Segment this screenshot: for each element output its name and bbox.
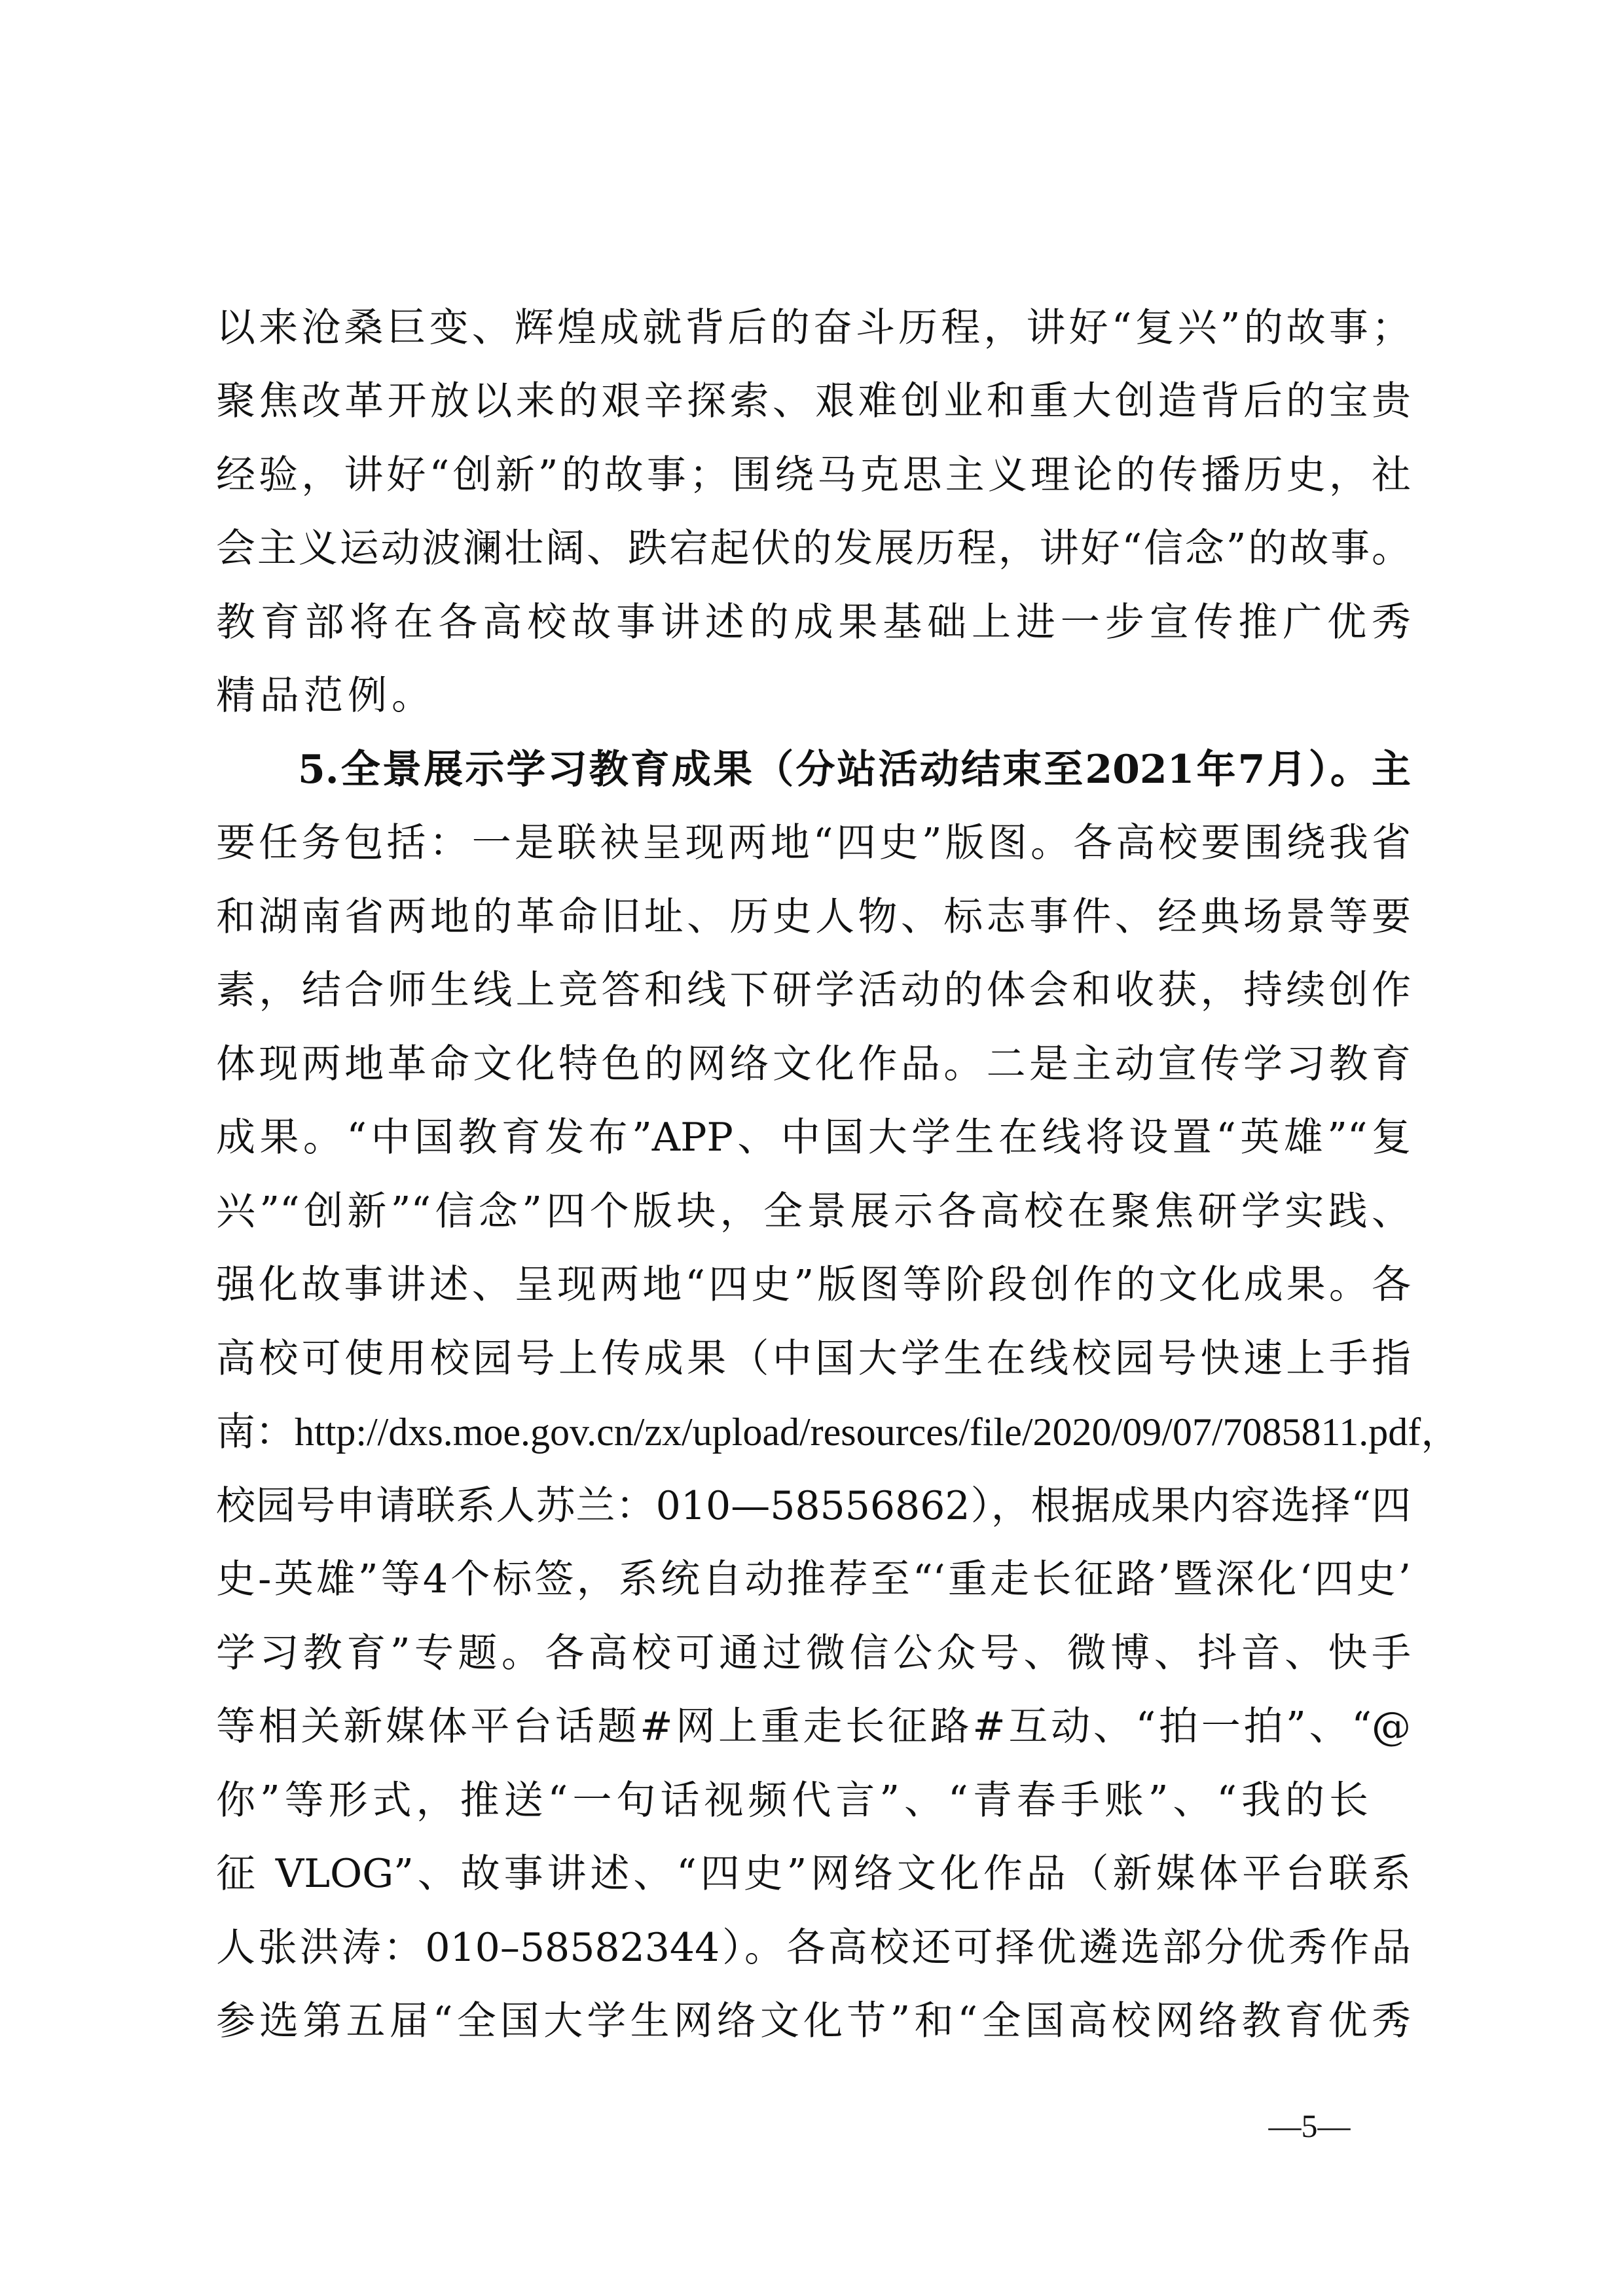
body-line-14: 强化故事讲述、呈现两地“四史”版图等阶段创作的文化成果。各 xyxy=(216,1262,1411,1308)
body-line-24: 参选第五届“全国大学生网络文化节”和“全国高校网络教育优秀 xyxy=(216,1998,1411,2044)
document-page: 以来沧桑巨变、辉煌成就背后的奋斗历程，讲好“复兴”的故事； 聚焦改革开放以来的艰… xyxy=(0,0,1623,2296)
body-line-21: 你”等形式，推送“一句话视频代言”、“青春手账”、“我的长 xyxy=(216,1778,1411,1823)
body-line-9: 和湖南省两地的革命旧址、历史人物、标志事件、经典场景等要 xyxy=(216,894,1411,940)
body-line-17: 校园号申请联系人苏兰：010—58556862），根据成果内容选择“四 xyxy=(216,1483,1411,1529)
body-line-20: 等相关新媒体平台话题#网上重走长征路#互动、“拍一拍”、“@ xyxy=(216,1704,1411,1749)
body-line-4: 会主义运动波澜壮阔、跌宕起伏的发展历程，讲好“信念”的故事。 xyxy=(216,526,1411,571)
body-line-23: 人张洪涛：010–58582344）。各高校还可择优遴选部分优秀作品 xyxy=(216,1925,1411,1971)
body-line-12: 成果。“中国教育发布”APP、中国大学生在线将设置“英雄”“复 xyxy=(216,1115,1411,1160)
section-heading: 5.全景展示学习教育成果（分站活动结束至2021年7月）。主 xyxy=(298,747,1411,793)
body-line-19: 学习教育”专题。各高校可通过微信公众号、微博、抖音、快手 xyxy=(216,1630,1411,1676)
body-line-15: 高校可使用校园号上传成果（中国大学生在线校园号快速上手指 xyxy=(216,1336,1411,1382)
body-line-13: 兴”“创新”“信念”四个版块，全景展示各高校在聚焦研学实践、 xyxy=(216,1189,1411,1234)
guide-url-line: 南：http://dxs.moe.gov.cn/zx/upload/resour… xyxy=(216,1409,1411,1455)
body-line-11: 体现两地革命文化特色的网络文化作品。二是主动宣传学习教育 xyxy=(216,1041,1411,1087)
body-line-22: 征 VLOG”、故事讲述、“四史”网络文化作品（新媒体平台联系 xyxy=(216,1851,1411,1897)
body-line-5: 教育部将在各高校故事讲述的成果基础上进一步宣传推广优秀 xyxy=(216,600,1411,645)
page-number: —5— xyxy=(1260,2106,1359,2145)
body-line-10: 素，结合师生线上竞答和线下研学活动的体会和收获，持续创作 xyxy=(216,967,1411,1013)
body-line-3: 经验，讲好“创新”的故事；围绕马克思主义理论的传播历史，社 xyxy=(216,452,1411,498)
body-line-2: 聚焦改革开放以来的艰辛探索、艰难创业和重大创造背后的宝贵 xyxy=(216,378,1411,424)
body-line-8: 要任务包括：一是联袂呈现两地“四史”版图。各高校要围绕我省 xyxy=(216,820,1411,866)
body-line-6: 精品范例。 xyxy=(216,673,1411,719)
body-line-18: 史-英雄”等4个标签，系统自动推荐至“‘重走长征路’暨深化‘四史’ xyxy=(216,1556,1411,1602)
body-line-1: 以来沧桑巨变、辉煌成就背后的奋斗历程，讲好“复兴”的故事； xyxy=(216,305,1411,351)
